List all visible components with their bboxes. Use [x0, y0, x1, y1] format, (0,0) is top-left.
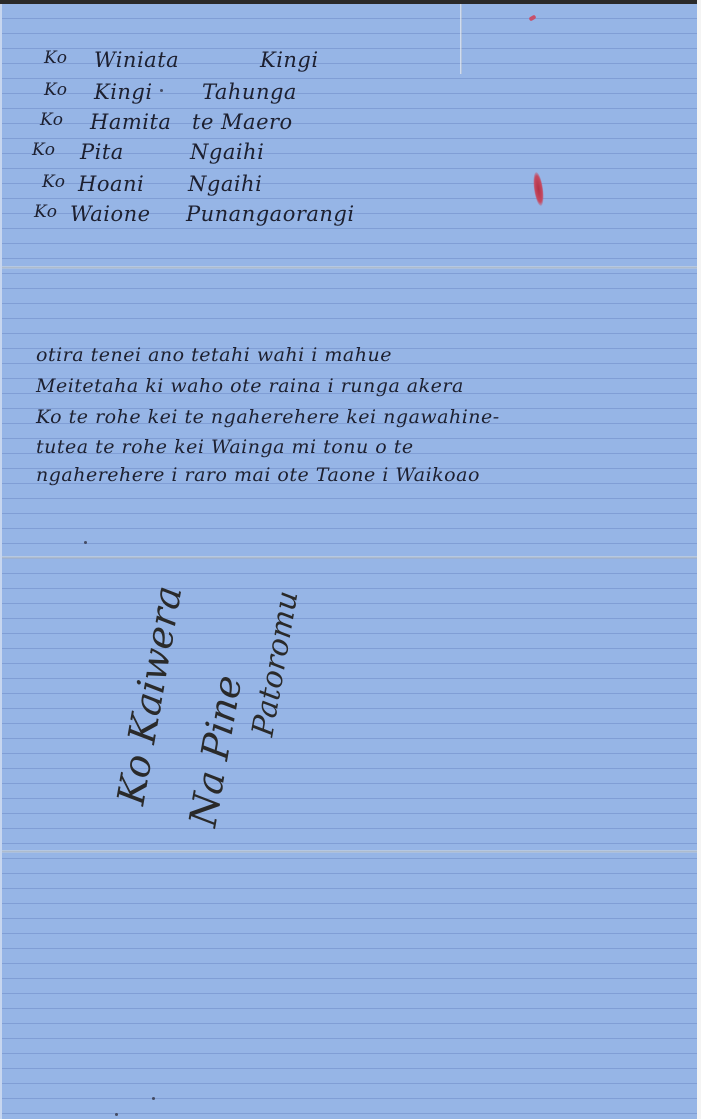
- paragraph-line: tutea te rohe kei Wainga mi tonu o te: [36, 436, 414, 458]
- signature-3: Patoromu: [246, 588, 306, 739]
- ink-speck: [115, 1113, 118, 1116]
- family-name: Ngaihi: [188, 172, 262, 196]
- signature-prefix: Ko: [109, 751, 161, 808]
- given-name: Pita: [80, 140, 124, 164]
- paragraph-line: Ko te rohe kei te ngaherehere kei ngawah…: [36, 406, 500, 428]
- name-list-row: Ko Hoani Ngaihi: [2, 172, 402, 196]
- paragraph-line: otira tenei ano tetahi wahi i mahue: [36, 344, 392, 366]
- family-name: Punangaorangi: [186, 202, 355, 226]
- given-name: Hoani: [78, 172, 144, 196]
- name-list-row: Ko Pita Ngaihi: [2, 140, 402, 164]
- horizontal-fold-1: [2, 266, 699, 269]
- family-name: Tahunga: [202, 80, 297, 104]
- name-list-row: Ko Kingi Tahunga: [2, 80, 402, 104]
- ink-speck: [160, 89, 163, 92]
- paragraph-line: Meitetaha ki waho ote raina i runga aker…: [36, 375, 464, 397]
- red-ink-mark: [532, 172, 546, 207]
- signature-name: Patoromu: [246, 588, 306, 739]
- family-name: te Maero: [192, 110, 293, 134]
- name-prefix: Ko: [42, 172, 65, 192]
- horizontal-fold-2: [2, 556, 699, 559]
- given-name: Kingi: [94, 80, 153, 104]
- family-name: Kingi: [260, 48, 319, 72]
- name-prefix: Ko: [32, 140, 55, 160]
- name-prefix: Ko: [34, 202, 57, 222]
- scan-right-edge: [697, 0, 701, 1119]
- signature-name: Pine: [192, 672, 250, 763]
- signature-2: Na Pine: [181, 672, 251, 830]
- vertical-crease: [460, 4, 462, 74]
- name-list-row: Ko Winiata Kingi: [2, 48, 402, 72]
- name-prefix: Ko: [44, 48, 67, 68]
- signature-name: Kaiwera: [119, 582, 190, 746]
- name-prefix: Ko: [44, 80, 67, 100]
- red-ink-tick: [528, 15, 536, 22]
- name-prefix: Ko: [40, 110, 63, 130]
- signature-prefix: Na: [181, 767, 234, 830]
- given-name: Winiata: [94, 48, 179, 72]
- ink-speck: [152, 1097, 155, 1100]
- paragraph-line: ngaherehere i raro mai ote Taone i Waiko…: [36, 464, 480, 486]
- name-list-row: Ko Hamita te Maero: [2, 110, 402, 134]
- signature-1: Ko Kaiwera: [109, 582, 191, 808]
- family-name: Ngaihi: [190, 140, 264, 164]
- name-list-row: Ko Waione Punangaorangi: [2, 202, 402, 226]
- given-name: Waione: [70, 202, 151, 226]
- manuscript-page: Ko Winiata Kingi Ko Kingi Tahunga Ko Ham…: [0, 4, 699, 1119]
- given-name: Hamita: [90, 110, 171, 134]
- ink-speck: [84, 541, 87, 544]
- horizontal-fold-3: [2, 850, 699, 853]
